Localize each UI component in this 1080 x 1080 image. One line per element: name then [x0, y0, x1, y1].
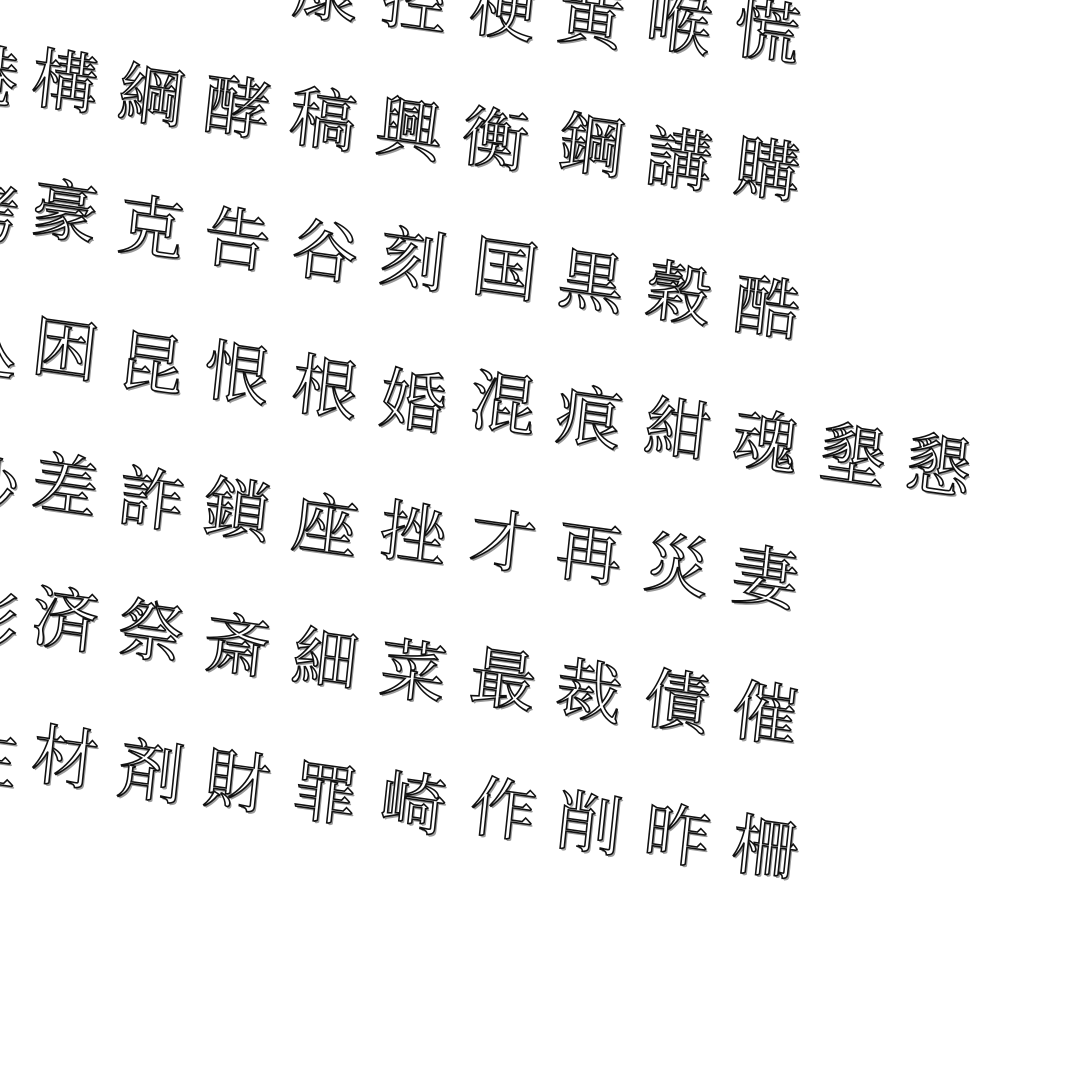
kanji-glyph: 慌: [731, 0, 803, 70]
kanji-glyph: 剤: [115, 736, 187, 811]
kanji-glyph: 混: [467, 368, 539, 443]
kanji-glyph: 挫: [377, 498, 449, 573]
kanji-glyph: 酷: [731, 272, 803, 347]
kanji-glyph: 沙: [0, 452, 21, 527]
kanji-glyph: 妻: [729, 542, 801, 617]
kanji-glyph: 込: [0, 312, 21, 387]
kanji-glyph: 災: [641, 530, 713, 605]
kanji-glyph: 紺: [641, 394, 713, 469]
kanji-glyph: 康: [290, 0, 362, 30]
kanji-glyph: 港: [0, 40, 21, 115]
kanji-glyph: 斎: [201, 610, 273, 685]
kanji-glyph: 済: [29, 584, 101, 659]
kanji-glyph: 鋼: [555, 110, 627, 185]
kanji-glyph: 刻: [377, 224, 449, 299]
kanji-glyph: 豪: [29, 176, 101, 251]
kanji-glyph: 材: [29, 722, 101, 797]
kanji-glyph: 購: [731, 134, 803, 209]
kanji-glyph: 喉: [643, 0, 715, 62]
kanji-glyph: 詐: [115, 464, 187, 539]
kanji-glyph: 昨: [641, 800, 713, 875]
kanji-glyph: 谷: [289, 216, 361, 291]
kanji-glyph: 差: [29, 450, 101, 525]
kanji-glyph: 婚: [377, 366, 449, 441]
kanji-glyph: 克: [115, 192, 187, 267]
kanji-glyph: 穀: [643, 258, 715, 333]
kanji-glyph: 鎖: [201, 474, 273, 549]
kanji-glyph: 梗: [467, 0, 539, 48]
kanji-glyph: 痕: [553, 382, 625, 457]
kanji-glyph: 稿: [287, 84, 359, 159]
kanji-glyph: 祭: [115, 596, 187, 671]
kanji-glyph: 在: [0, 722, 21, 797]
kanji-glyph: 細: [289, 624, 361, 699]
kanji-glyph: 才: [467, 506, 539, 581]
kanji-glyph: 昆: [115, 328, 187, 403]
kanji-glyph: 催: [729, 678, 801, 753]
kanji-glyph: 恨: [201, 338, 273, 413]
kanji-glyph: 債: [641, 666, 713, 741]
kanji-glyph: 崎: [377, 768, 449, 843]
kanji-glyph: 拷: [0, 176, 21, 251]
kanji-glyph: 罪: [289, 758, 361, 833]
kanji-glyph: 裁: [553, 656, 625, 731]
kanji-glyph: 彩: [0, 586, 21, 661]
kanji-glyph: 柵: [729, 812, 801, 887]
kanji-glyph: 墾: [817, 420, 889, 495]
kanji-glyph: 再: [553, 518, 625, 593]
kanji-glyph: 作: [467, 774, 539, 849]
kanji-glyph: 国: [469, 234, 541, 309]
kanji-glyph: 綱: [115, 60, 187, 135]
kanji-glyph: 衡: [459, 104, 531, 179]
kanji-grid-canvas: 康控梗黄喉慌港構綱酵稿興衡鋼講購拷豪克告谷刻国黒穀酷込困昆恨根婚混痕紺魂墾懇沙差…: [0, 0, 1080, 1080]
kanji-glyph: 財: [201, 746, 273, 821]
kanji-glyph: 講: [643, 124, 715, 199]
kanji-glyph: 控: [379, 0, 451, 40]
kanji-glyph: 興: [373, 94, 445, 169]
kanji-glyph: 困: [29, 314, 101, 389]
kanji-glyph: 構: [29, 46, 101, 121]
kanji-glyph: 菜: [377, 636, 449, 711]
kanji-glyph: 酵: [201, 72, 273, 147]
kanji-glyph: 魂: [729, 406, 801, 481]
kanji-glyph: 黄: [555, 0, 627, 56]
kanji-glyph: 削: [553, 788, 625, 863]
kanji-glyph: 黒: [555, 246, 627, 321]
kanji-glyph: 根: [289, 352, 361, 427]
kanji-glyph: 懇: [903, 430, 975, 505]
kanji-glyph: 最: [467, 644, 539, 719]
kanji-glyph: 座: [289, 490, 361, 565]
kanji-glyph: 告: [201, 204, 273, 279]
